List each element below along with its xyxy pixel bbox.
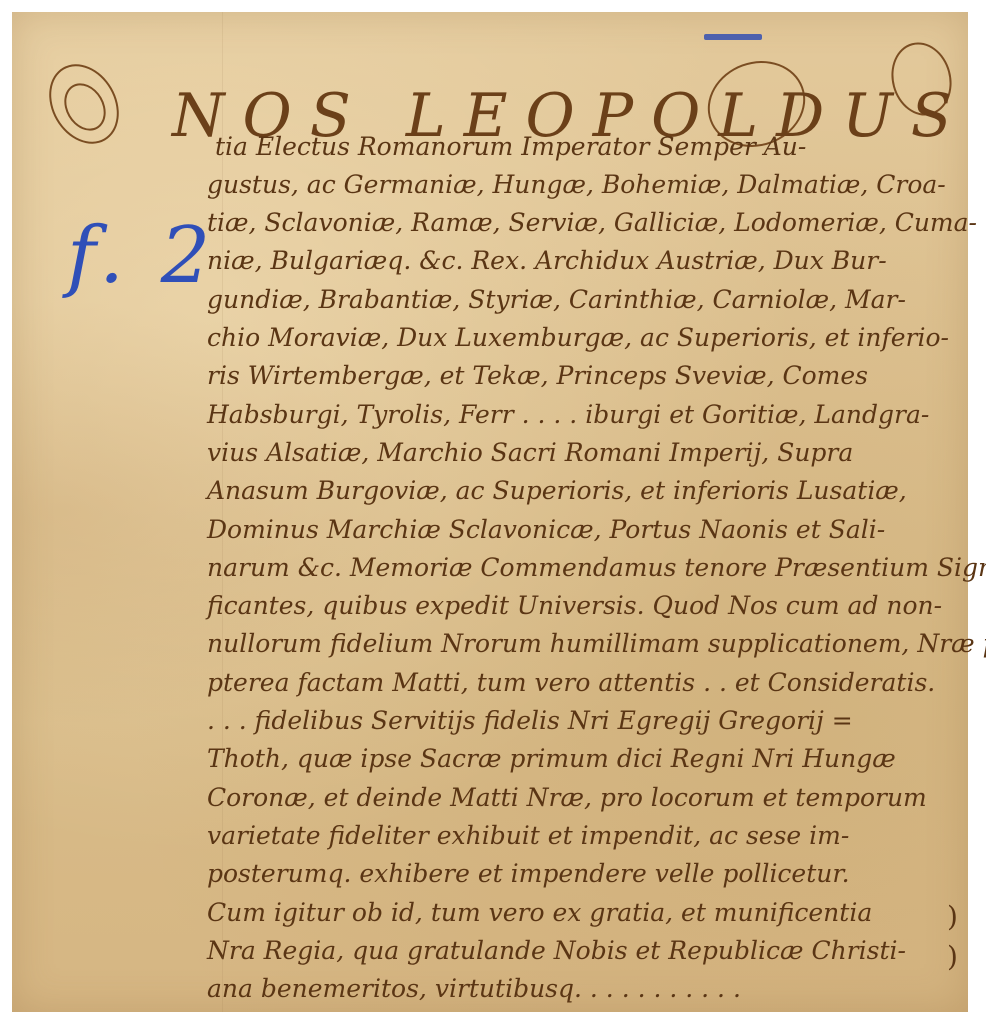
text-line: ficantes, quibus expedit Universis. Quod…: [207, 593, 942, 618]
text-line: ris Wirtembergæ, et Tekæ, Princeps Svevi…: [207, 363, 868, 388]
text-line: varietate fideliter exhibuit et impendit…: [207, 823, 849, 848]
text-line: gustus, ac Germaniæ, Hungæ, Bohemiæ, Dal…: [207, 172, 946, 197]
margin-bracket-mark: ): [947, 940, 958, 973]
text-line: narum &c. Memoriæ Commendamus tenore Præ…: [207, 555, 986, 580]
text-line: Cum igitur ob id, tum vero ex gratia, et…: [207, 900, 872, 925]
text-line: Thoth, quæ ipse Sacræ primum dici Regni …: [207, 746, 896, 771]
text-line: gundiæ, Brabantiæ, Styriæ, Carinthiæ, Ca…: [207, 287, 906, 312]
text-line: Coronæ, et deinde Matti Nræ, pro locorum…: [207, 785, 927, 810]
text-line: . . . fidelibus Servitijs fidelis Nri Eg…: [207, 708, 853, 733]
text-line: Habsburgi, Tyrolis, Ferr . . . . iburgi …: [207, 402, 929, 427]
text-line: Dominus Marchiæ Sclavonicæ, Portus Naoni…: [207, 517, 885, 542]
blue-pencil-stroke: [704, 34, 762, 40]
text-line: Anasum Burgoviæ, ac Superioris, et infer…: [207, 478, 907, 503]
text-line: ana benemeritos, virtutibusq. . . . . . …: [207, 976, 741, 1001]
text-line: Nra Regia, qua gratulande Nobis et Repub…: [207, 938, 906, 963]
text-line: vius Alsatiæ, Marchio Sacri Romani Imper…: [207, 440, 853, 465]
invocation-heading: NOS LEOPOLDUS DEI GRA: [32, 42, 972, 142]
margin-bracket-mark: ): [947, 900, 958, 933]
folio-number-mark: f. 2: [67, 217, 216, 295]
text-line: pterea factam Matti, tum vero attentis .…: [207, 670, 935, 695]
text-line: chio Moraviæ, Dux Luxemburgæ, ac Superio…: [207, 325, 949, 350]
manuscript-page: NOS LEOPOLDUS DEI GRA f. 2 tia Electus R…: [12, 12, 968, 1012]
text-line: tia Electus Romanorum Imperator Semper A…: [215, 134, 806, 159]
text-line: niæ, Bulgariæq. &c. Rex. Archidux Austri…: [207, 248, 887, 273]
text-line: nullorum fidelium Nrorum humillimam supp…: [207, 631, 986, 656]
text-line: posterumq. exhibere et impendere velle p…: [207, 861, 850, 886]
text-line: tiæ, Sclavoniæ, Ramæ, Serviæ, Galliciæ, …: [207, 210, 977, 235]
